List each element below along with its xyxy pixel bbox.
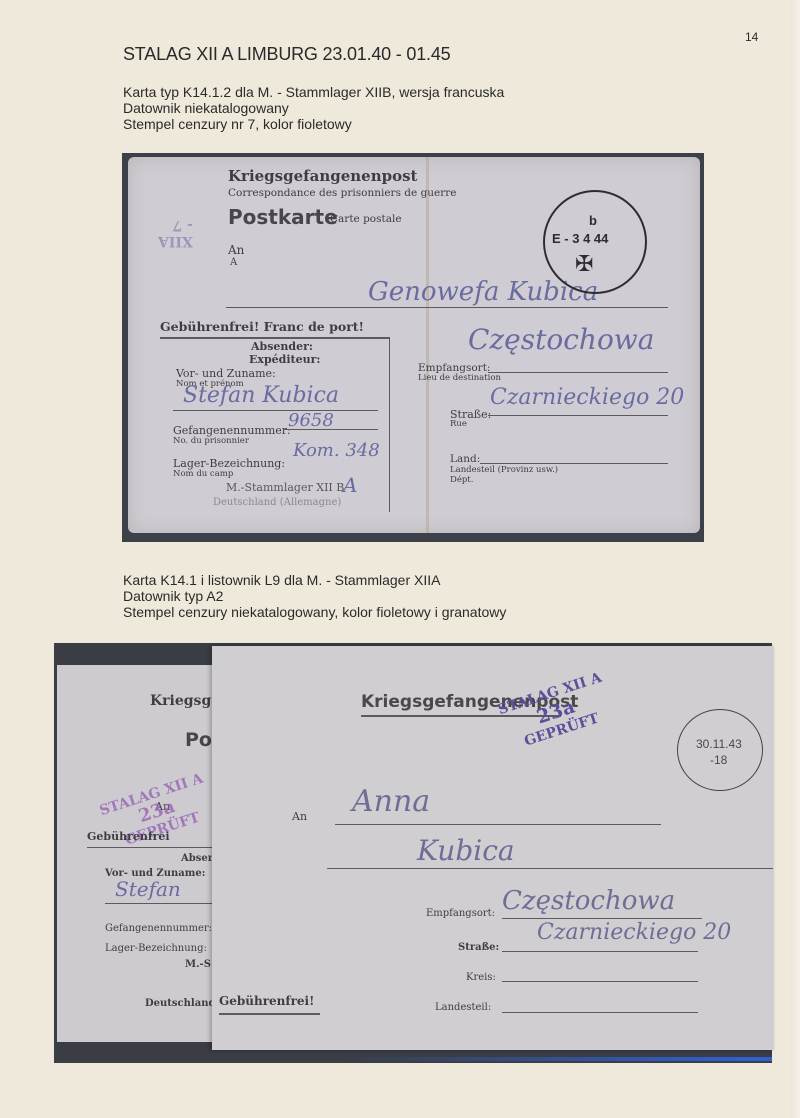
censor-stamp-navy: STALAG XII A 23a GEPRÜFT — [496, 669, 616, 757]
postcard-k14-1-2: Kriegsgefangenenpost Correspondance des … — [128, 157, 700, 533]
description-line: Karta K14.1 i listownik L9 dla M. - Stam… — [123, 572, 506, 588]
name-line — [327, 868, 773, 869]
prisoner-number-line — [283, 429, 378, 430]
prisoner-number-value: 9658 — [288, 410, 334, 431]
country-label: Deutschland — [145, 998, 215, 1009]
country-label: Deutschland (Allemagne) — [213, 497, 341, 508]
sender-box-top — [160, 337, 390, 339]
kreis-label: Kreis: — [466, 972, 496, 983]
section2-description: Karta K14.1 i listownik L9 dla M. - Stam… — [123, 572, 506, 620]
expediteur-label: Expéditeur: — [249, 353, 320, 366]
sender-name-handwritten: Stefan — [115, 877, 181, 901]
strasse-label-fr: Rue — [450, 419, 467, 429]
card-type-fr: Carte postale — [330, 213, 402, 225]
a-label: A — [230, 257, 237, 268]
page-title: STALAG XII A LIMBURG 23.01.40 - 01.45 — [123, 44, 450, 65]
sender-box-right — [389, 337, 390, 512]
camp-correction: A — [343, 473, 357, 497]
empfangsort-label-fr: Lieu de destination — [418, 373, 501, 383]
absender-label: Absen — [181, 853, 215, 864]
landesteil-label: Landesteil (Provinz usw.) — [450, 465, 558, 475]
name-line — [173, 410, 378, 411]
description-line: Stempel cenzury nr 7, kolor fioletowy — [123, 116, 504, 132]
franc-label: Gebührenfrei — [87, 830, 170, 843]
empfangsort-label: Empfangsort: — [426, 908, 495, 919]
recipient-last-handwritten: Kubica — [417, 834, 515, 867]
camp-printed: M.-Stammlager XII B — [226, 481, 344, 494]
kreis-line — [502, 981, 698, 982]
recipient-first-handwritten: Anna — [352, 784, 430, 819]
street-handwritten: Czarnieckiego 20 — [490, 385, 684, 410]
censor-stamp-7: XIIA - 7 — [158, 217, 223, 249]
camp-label-fr: Nom du camp — [173, 469, 233, 479]
card-header-fr: Correspondance des prisonniers de guerre — [228, 187, 457, 199]
letter-sheet-l9: Kriegsgefangenenpost STALAG XII A 23a GE… — [212, 646, 774, 1050]
album-page-edge — [790, 0, 800, 1118]
prisoner-number-label: Gefangenennummer: — [105, 923, 212, 934]
landesteil-line — [502, 1012, 698, 1013]
franc-underline — [219, 1013, 320, 1015]
franc-de-port: Gebührenfrei! Franc de port! — [160, 319, 364, 334]
absender-label: Absender: — [251, 340, 313, 353]
street-handwritten: Czarnieckiego 20 — [537, 920, 731, 945]
franc-label: Gebührenfrei! — [219, 994, 314, 1008]
postmark-date: 30.11.43 — [696, 737, 742, 751]
postmark-time: -18 — [710, 753, 727, 767]
postmark-date: E - 3 4 44 — [552, 231, 608, 246]
land-line — [480, 463, 668, 464]
sender-name-handwritten: Stefan Kubica — [183, 383, 339, 408]
description-line: Karta typ K14.1.2 dla M. - Stammlager XI… — [123, 84, 504, 100]
destination-handwritten: Częstochowa — [502, 886, 675, 916]
an-line — [335, 824, 661, 825]
description-line: Datownik typ A2 — [123, 588, 506, 604]
destination-handwritten: Częstochowa — [468, 323, 654, 356]
description-line: Stempel cenzury niekatalogowany, kolor f… — [123, 604, 506, 620]
strasse-line — [502, 951, 698, 952]
card-fold — [426, 157, 429, 533]
camp-value-handwritten: Kom. 348 — [293, 440, 380, 461]
an-label: An — [292, 810, 307, 823]
prisoner-number-label-fr: No. du prisonnier — [173, 436, 249, 446]
camp-printed: M.-S — [185, 959, 211, 970]
page-number: 14 — [745, 30, 758, 44]
empfangsort-line — [502, 918, 702, 919]
card-type: Postkarte — [228, 205, 338, 229]
landesteil-label: Landesteil: — [435, 1002, 491, 1013]
strasse-label: Straße: — [458, 942, 499, 953]
address-line — [226, 307, 668, 308]
card-header: Kriegsgefangenenpost — [228, 167, 417, 185]
postmark-letter: b — [589, 213, 597, 228]
strasse-line — [488, 415, 668, 416]
description-line: Datownik niekatalogowany — [123, 100, 504, 116]
card-header: Kriegsge — [150, 693, 220, 709]
section1-description: Karta typ K14.1.2 dla M. - Stammlager XI… — [123, 84, 504, 132]
empfangsort-line — [488, 372, 668, 373]
land-label: Land: — [450, 453, 480, 465]
camp-label: Lager-Bezeichnung: — [105, 943, 207, 954]
eagle-emblem-icon: ✠ — [575, 251, 593, 277]
an-label: An — [228, 243, 244, 257]
dept-label: Dépt. — [450, 475, 473, 485]
